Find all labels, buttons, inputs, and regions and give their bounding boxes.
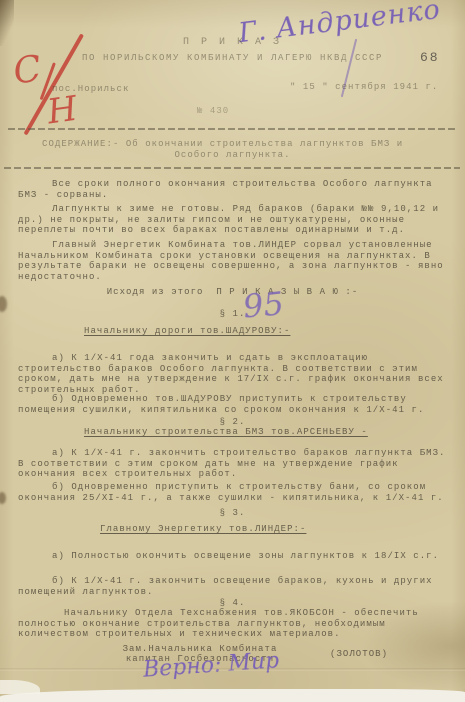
section-3-item-a: а) Полностью окончить освещение зоны лаг… — [18, 551, 450, 562]
red-mark-letter-n: Н — [44, 88, 81, 132]
subject-line-1: СОДЕРЖАНИЕ:- Об окончании строительства … — [42, 139, 452, 150]
separator-rule-bottom — [4, 167, 460, 169]
section-2-number: § 2. — [0, 417, 465, 428]
date-line: " 15 " сентября 1941 г. — [290, 82, 438, 93]
separator-rule-top — [8, 128, 458, 130]
section-4-item: Начальнику Отдела Техснабжения тов.ЯКОБС… — [18, 608, 450, 640]
section-2-heading: Начальнику строительства БМЗ тов.АРСЕНЬЕ… — [84, 427, 368, 438]
preamble-paragraph-2: Лагпункты к зиме не готовы. Ряд бараков … — [18, 204, 450, 236]
preamble-paragraph-3: Главный Энергетик Комбината тов.ЛИНДЕР с… — [18, 240, 450, 282]
scanned-order-page: Г. Андриенко С Н 68 П Р И К А З ПО НОРИЛ… — [0, 0, 465, 702]
section-1-number: § 1. — [0, 309, 465, 320]
section-2-item-a: а) К 1/X-41 г. закончить строительство б… — [18, 448, 450, 480]
order-title: П Р И К А З — [0, 38, 465, 49]
handwritten-paragraph-number: 95 — [241, 284, 285, 326]
section-4-number: § 4. — [0, 598, 465, 609]
section-2-item-b: б) Одновременно приступить к строительст… — [18, 482, 450, 503]
preamble-paragraph-1: Все сроки полного окончания строительств… — [18, 179, 450, 200]
section-3-item-b: б) К 1/X-41 г. закончить освещение барак… — [18, 576, 450, 597]
order-number: № 430 — [197, 106, 229, 117]
section-1-heading: Начальнику дороги тов.ШАДУРОВУ:- — [84, 326, 290, 337]
section-3-number: § 3. — [0, 508, 465, 519]
section-1-item-a: а) К 1/X-41 года закончить и сдать в экс… — [18, 353, 450, 395]
subject-line-2: Особого лагпункта. — [0, 150, 465, 161]
place-line: пос.Норильск — [52, 84, 129, 95]
decree-line: Исходя из этого П Р И К А З Ы В А Ю :- — [0, 287, 465, 298]
order-subtitle: ПО НОРИЛЬСКОМУ КОМБИНАТУ И ЛАГЕРЮ НКВД С… — [0, 53, 465, 64]
paper-bottom-corner — [0, 680, 40, 694]
paper-stain-2 — [0, 492, 6, 504]
section-3-heading: Главному Энергетику тов.ЛИНДЕР:- — [100, 524, 306, 535]
paper-crease — [0, 668, 465, 671]
section-1-item-b: б) Одновременно тов.ШАДУРОВУ приступить … — [18, 394, 450, 415]
paper-bottom-edge — [0, 689, 465, 702]
signatory-name: (ЗОЛОТОВ) — [330, 649, 388, 660]
